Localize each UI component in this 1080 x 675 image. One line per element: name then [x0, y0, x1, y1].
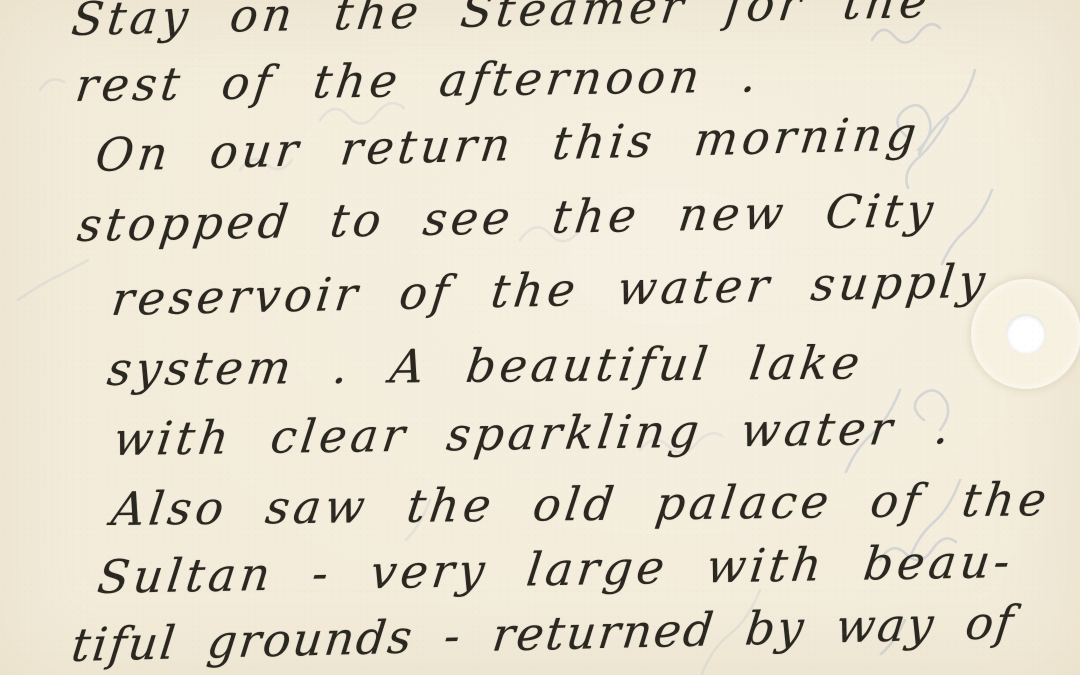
handwriting-line: tiful grounds - returned by way of [69, 595, 1018, 672]
handwriting-line: rest of the afternoon . [73, 48, 764, 112]
handwriting-line: with clear sparkling water . [111, 400, 957, 466]
handwriting-line: Stay on the Steamer for the [69, 0, 934, 46]
handwriting-line: stopped to see the new City [75, 183, 940, 252]
scanned-letter-page: Stay on the Steamer for the rest of the … [0, 0, 1080, 675]
hole-punch-reinforcement [970, 278, 1080, 390]
bleedthrough-stroke [40, 79, 64, 90]
hole-punch-hole [1006, 314, 1046, 354]
handwriting-line: Also saw the old palace of the [108, 472, 1053, 536]
handwriting-line: system . A beautiful lake [104, 335, 866, 396]
handwriting-line: Sultan - very large with beau- [95, 534, 1017, 604]
bleedthrough-stroke [919, 70, 975, 154]
handwriting-line: On our return this morning [93, 107, 923, 182]
bleedthrough-stroke [18, 260, 88, 300]
handwriting-line: reservoir of the water supply [109, 254, 992, 326]
